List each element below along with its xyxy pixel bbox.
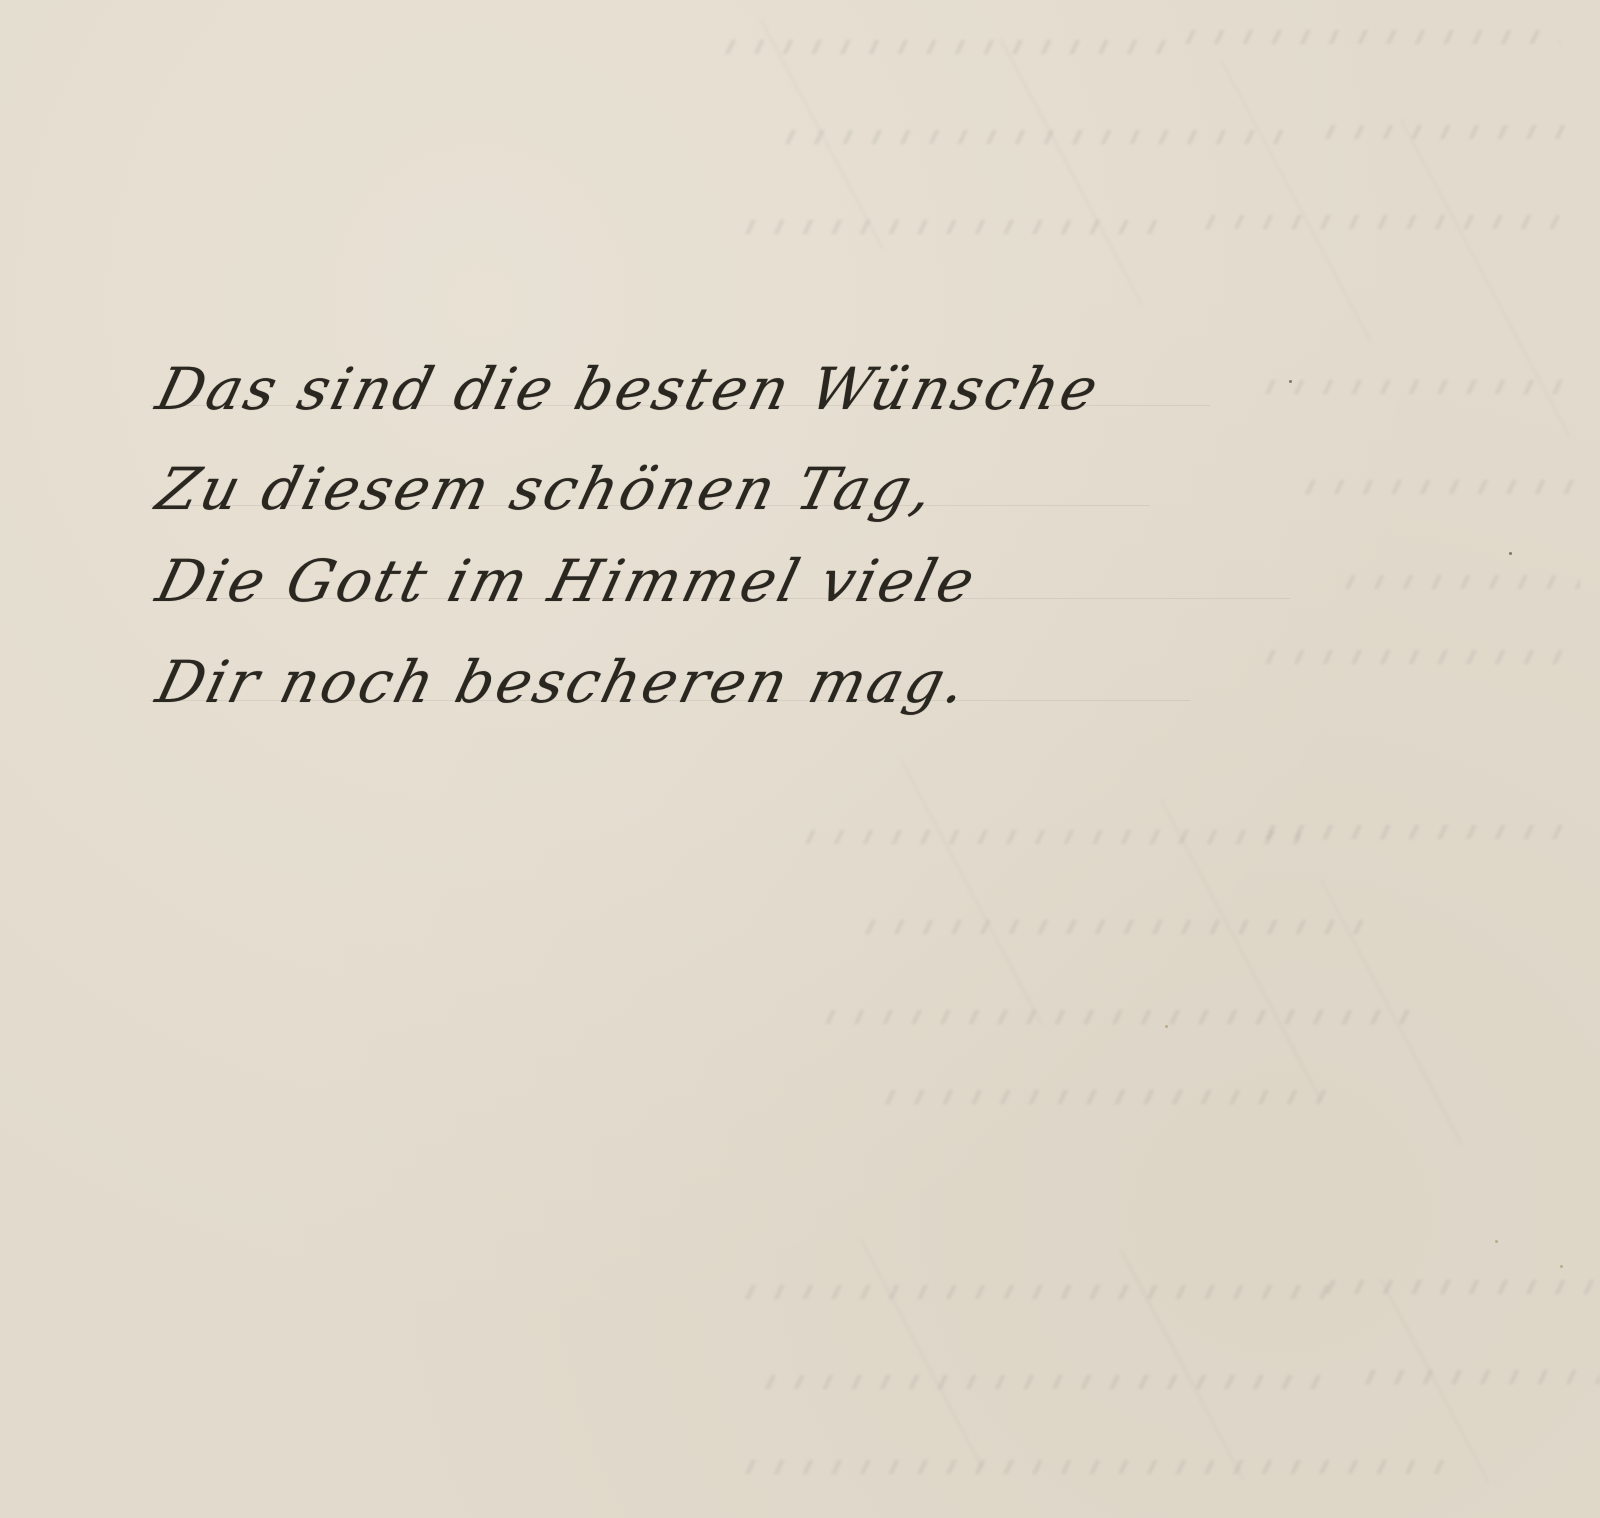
poem-line-4: Dir noch bescheren mag. <box>150 648 976 716</box>
paper-speck <box>1165 1025 1168 1028</box>
poem-line-3: Die Gott im Himmel viele <box>150 547 984 615</box>
poem-line-1: Das sind die besten Wünsche <box>150 355 1107 423</box>
poem-line-2: Zu diesem schönen Tag, <box>150 455 943 523</box>
bleed-through-texture <box>700 0 1600 1518</box>
paper-speck <box>1495 1240 1498 1243</box>
paper-speck <box>1289 380 1292 383</box>
paper-speck <box>1509 552 1512 555</box>
manuscript-page: Das sind die besten Wünsche Zu diesem sc… <box>0 0 1600 1518</box>
paper-speck <box>1560 1265 1563 1268</box>
